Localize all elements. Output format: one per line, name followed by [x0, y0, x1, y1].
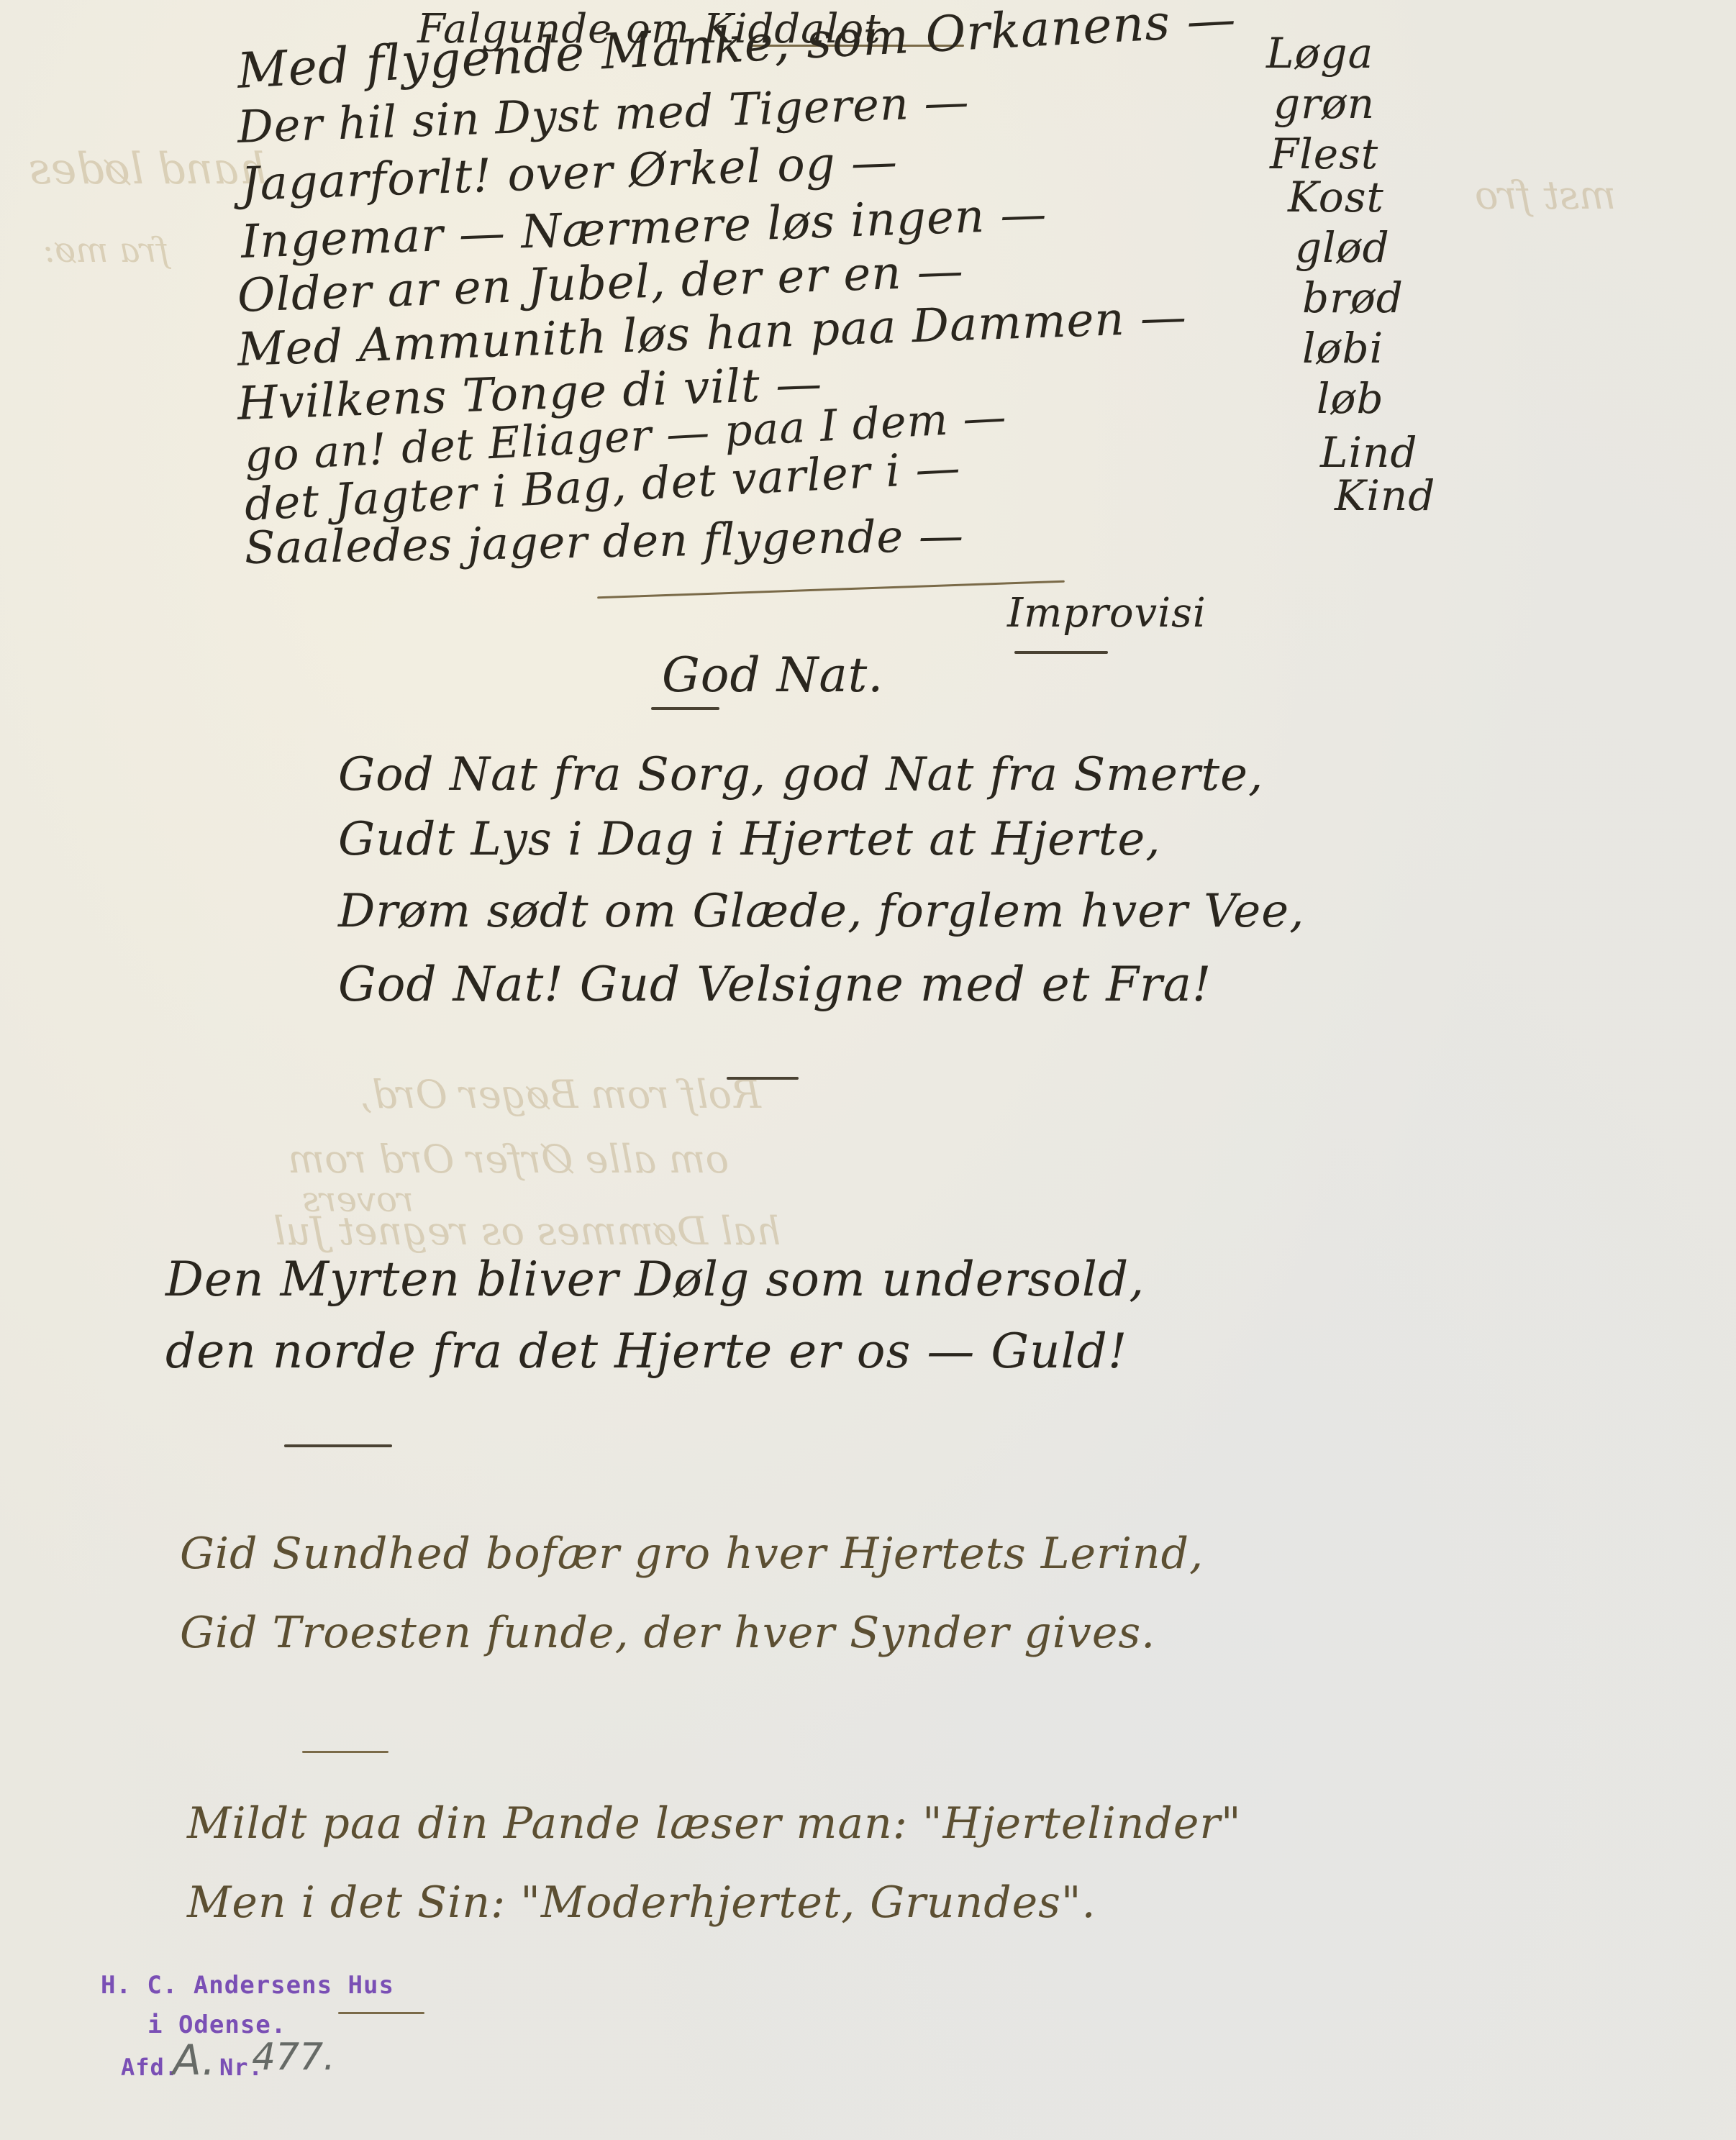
bleed-through-text: hal Dømmes os regnet Jul	[273, 1208, 781, 1254]
afd-value: A.	[173, 2036, 215, 2085]
rhyme-word: Kost	[1288, 173, 1384, 222]
rhyme-word: Løga	[1266, 29, 1373, 78]
poem-line: God Nat fra Sorg, god Nat fra Smerte,	[338, 748, 1263, 801]
stamp-city: i Odense.	[147, 2011, 286, 2039]
poem-line: God Nat! Gud Velsigne med et Fra!	[338, 957, 1212, 1012]
section-divider	[284, 1444, 392, 1447]
signature-underline	[1014, 651, 1108, 654]
poem-line: Gid Sundhed bofær gro hver Hjertets Leri…	[180, 1529, 1204, 1579]
stamp-afd-label: Afd.	[121, 2054, 179, 2081]
section-divider	[302, 1751, 388, 1753]
section-divider	[597, 580, 1065, 599]
rhyme-word: glød	[1295, 223, 1390, 272]
poem-line: Men i det Sin: "Moderhjertet, Grundes".	[187, 1877, 1096, 1928]
poem-line: Mildt paa din Pande læser man: "Hjerteli…	[187, 1798, 1242, 1849]
nr-value: 477.	[252, 2036, 335, 2079]
rhyme-word: grøn	[1273, 79, 1375, 128]
rhyme-word: brød	[1302, 273, 1404, 322]
poem-title: God Nat.	[662, 647, 883, 703]
stamp-institution: H. C. Andersens Hus	[101, 1971, 394, 2000]
rhyme-word: Lind	[1320, 428, 1418, 477]
section-divider	[338, 2012, 424, 2014]
poem-line: Gudt Lys i Dag i Hjertet at Hjerte,	[338, 813, 1161, 866]
rhyme-word: Flest	[1270, 129, 1378, 178]
section-divider	[727, 1077, 799, 1080]
poem-line: Drøm sødt om Glæde, forglem hver Vee,	[338, 885, 1305, 938]
bleed-through-text: fra mø:	[43, 230, 169, 270]
bleed-through-text: om alle Ørfer Ord rom	[288, 1137, 729, 1182]
signature: Improvisi	[1007, 590, 1206, 637]
poem-line: Gid Troesten funde, der hver Synder give…	[180, 1608, 1155, 1658]
bleed-through-text: hand lødes	[29, 144, 267, 194]
rhyme-word: Kind	[1335, 471, 1435, 520]
rhyme-word: løbi	[1302, 324, 1383, 373]
bleed-through-text: Rolf rom Bøger Ord,	[360, 1072, 761, 1117]
poem-line: den norde fra det Hjerte er os — Guld!	[165, 1324, 1127, 1379]
title-underline	[651, 707, 719, 710]
poem-line: Den Myrten bliver Dølg som undersold,	[165, 1252, 1145, 1307]
bleed-through-text: mst fro	[1475, 173, 1616, 218]
rhyme-word: løb	[1317, 374, 1384, 423]
